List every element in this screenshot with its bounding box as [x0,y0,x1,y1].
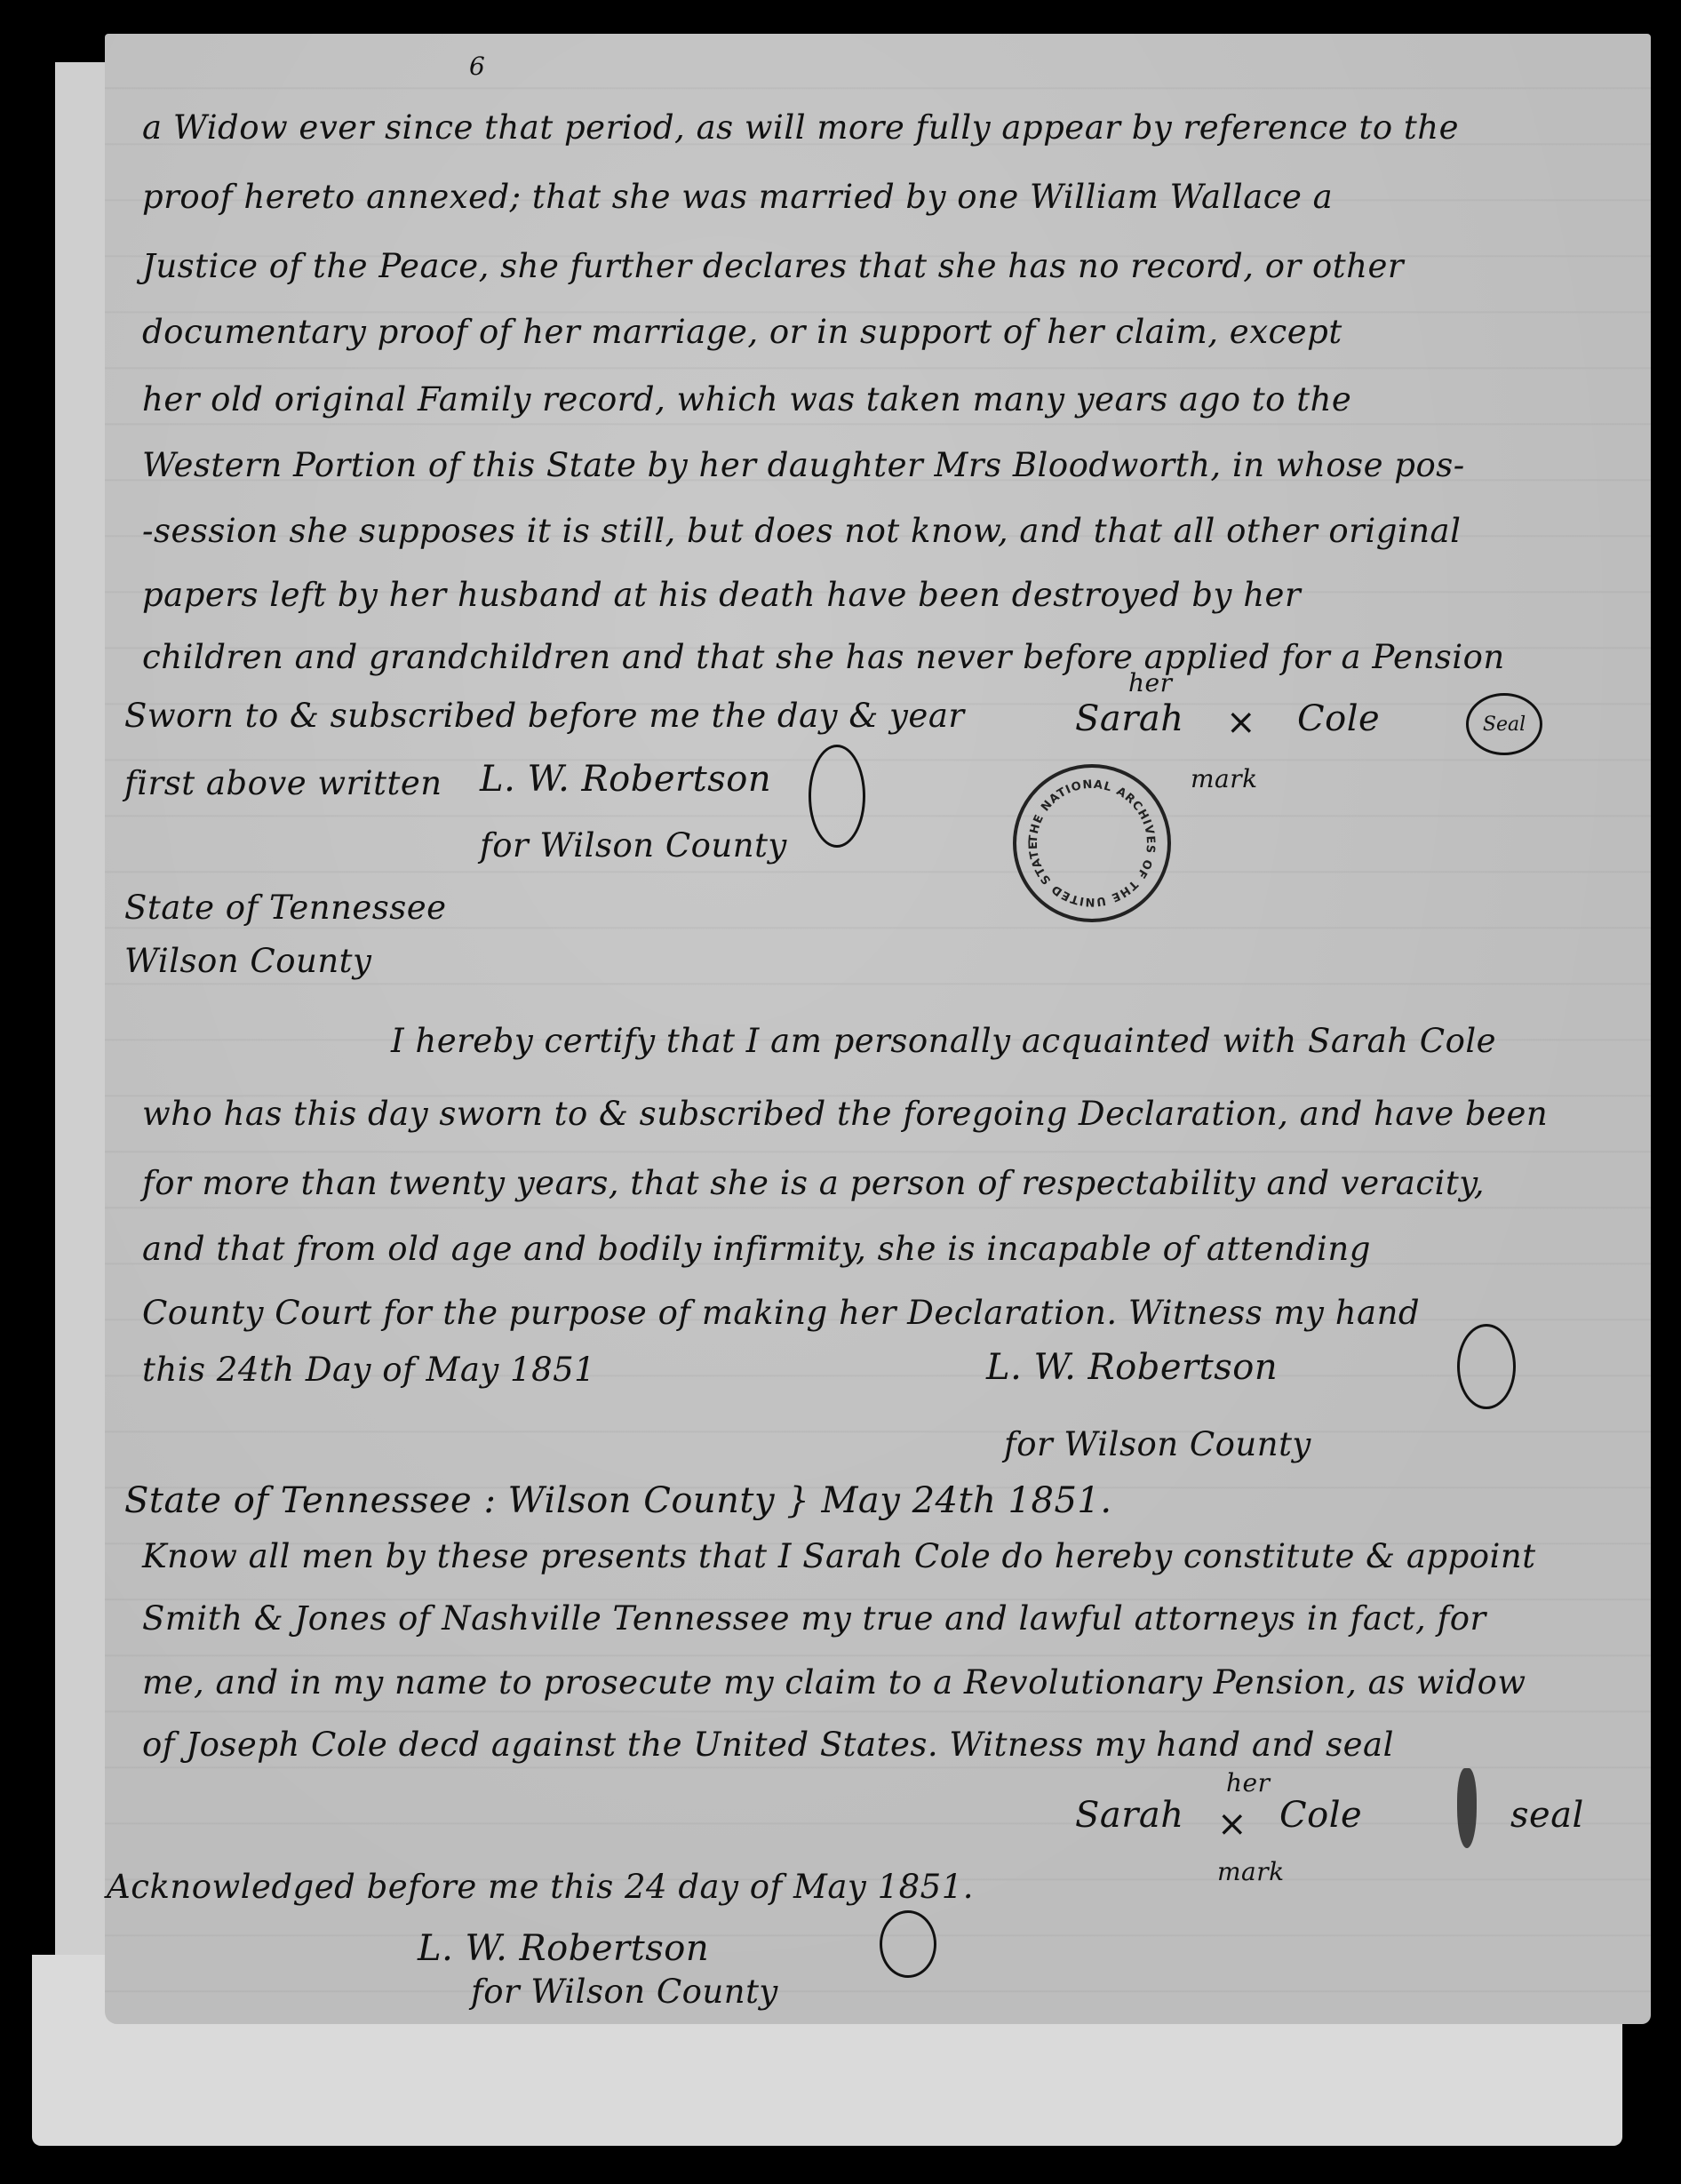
acknowledged-title: for Wilson County [471,1973,778,2011]
declaration-line: documentary proof of her marriage, or in… [142,313,1342,351]
poa-declarant-first-name: Sarah [1075,1795,1183,1836]
mark-x-icon: × [1226,702,1256,743]
poa-line: Smith & Jones of Nashville Tennessee my … [142,1599,1486,1638]
declaration-line: Justice of the Peace, she further declar… [142,247,1404,285]
declaration-line: her old original Family record, which wa… [142,380,1351,418]
acknowledged-signature: L. W. Robertson [418,1928,709,1969]
official-signature: L. W. Robertson [480,759,771,800]
certificate-heading-state: State of Tennessee [124,889,447,927]
poa-mark-label: mark [1217,1857,1285,1886]
declaration-line: a Widow ever since that period, as will … [142,108,1459,147]
declaration-line: -session she supposes it is still, but d… [142,512,1461,550]
certificate-signature: L. W. Robertson [986,1347,1278,1388]
mark-label: mark [1191,764,1258,793]
declarant-seal-icon: Seal [1466,693,1542,755]
poa-seal-label: seal [1510,1795,1584,1836]
certificate-heading-county: Wilson County [124,942,371,980]
poa-declarant-last-name: Cole [1279,1795,1362,1836]
certificate-line: I hereby certify that I am personally ac… [391,1022,1496,1060]
official-title: for Wilson County [480,826,787,865]
wax-seal-smudge-icon [1457,1768,1477,1848]
acknowledged-line: Acknowledged before me this 24 day of Ma… [107,1868,974,1906]
paper-edge-left [55,62,108,1981]
official-seal-icon [809,745,865,848]
declaration-line: children and grandchildren and that she … [142,638,1505,676]
poa-line: Know all men by these presents that I Sa… [142,1537,1536,1575]
declarant-last-name: Cole [1297,698,1380,739]
certificate-date: this 24th Day of May 1851 [142,1351,595,1389]
declaration-line: Western Portion of this State by her dau… [142,446,1465,484]
sworn-line: Sworn to & subscribed before me the day … [124,697,965,735]
her-label: her [1128,668,1173,697]
declarant-first-name: Sarah [1075,698,1183,739]
acknowledged-seal-icon [880,1910,936,1978]
certificate-line: who has this day sworn to & subscribed t… [142,1095,1548,1133]
svg-text:THE NATIONAL ARCHIVES OF THE U: THE NATIONAL ARCHIVES OF THE UNITED STAT… [1016,768,1157,908]
poa-line: of Joseph Cole decd against the United S… [142,1726,1394,1764]
certificate-seal-icon [1457,1324,1516,1409]
poa-mark-x-icon: × [1217,1804,1247,1845]
certificate-line: for more than twenty years, that she is … [142,1164,1485,1202]
poa-her-label: her [1226,1768,1271,1797]
national-archives-stamp-icon: THE NATIONAL ARCHIVES OF THE UNITED STAT… [1013,764,1171,922]
declaration-line: papers left by her husband at his death … [142,576,1301,614]
poa-heading: State of Tennessee : Wilson County } May… [124,1480,1112,1521]
certificate-line: and that from old age and bodily infirmi… [142,1230,1371,1268]
poa-line: me, and in my name to prosecute my claim… [142,1663,1526,1702]
sworn-line: first above written [124,764,442,802]
declaration-line: proof hereto annexed; that she was marri… [142,178,1333,216]
certificate-title: for Wilson County [1004,1425,1311,1463]
page-number-mark: 6 [469,52,485,81]
certificate-line: County Court for the purpose of making h… [142,1294,1420,1332]
